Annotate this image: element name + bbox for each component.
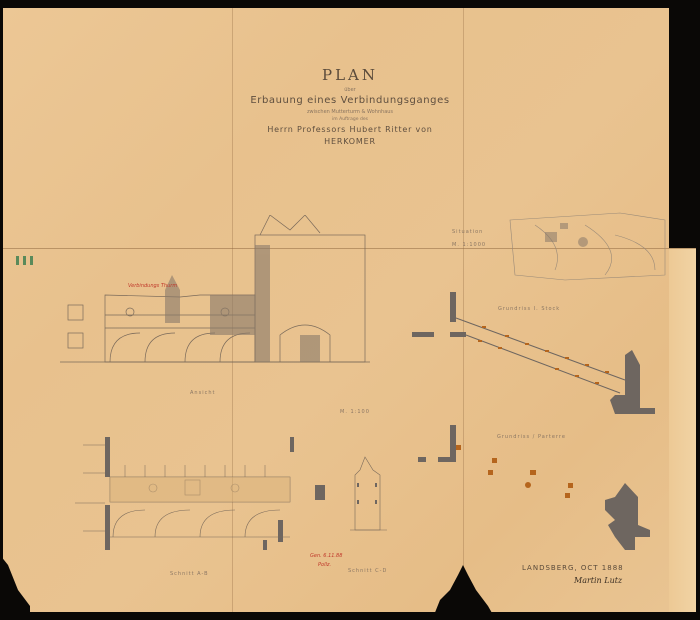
section-ab-label: Schnitt A-B bbox=[170, 571, 209, 577]
ground-plan-lower-drawing bbox=[410, 425, 660, 555]
site-plan-drawing bbox=[505, 205, 670, 285]
title-line: über bbox=[230, 87, 470, 93]
elevation-drawing bbox=[60, 215, 380, 375]
scale-label: M. 1:100 bbox=[340, 409, 370, 415]
elevation-red-note: Verbindungs Thurm bbox=[128, 283, 177, 289]
site-plan-scale: M. 1:1000 bbox=[452, 242, 486, 248]
title-line: im Auftrage des bbox=[230, 117, 470, 122]
architect-signature: Martin Lutz bbox=[574, 576, 622, 585]
approval-note: Gen. 6.11.88 bbox=[310, 553, 342, 559]
approval-note-signature: Pollz. bbox=[318, 562, 331, 568]
section-cd-drawing bbox=[345, 455, 390, 550]
client-name: Herrn Professors Hubert Ritter von bbox=[230, 125, 470, 134]
ground-plan-upper-drawing bbox=[410, 290, 660, 415]
title-line: zwischen Mutterturm & Wohnhaus bbox=[230, 109, 470, 115]
section-ab-drawing bbox=[75, 435, 325, 550]
title-subject: Erbauung eines Verbindungsganges bbox=[230, 95, 470, 106]
site-plan-label: Situation bbox=[452, 229, 483, 235]
plan-title: Plan bbox=[230, 66, 470, 84]
place-date: Landsberg, Oct 1888 bbox=[522, 564, 624, 572]
section-cd-label: Schnitt C-D bbox=[348, 568, 387, 574]
title-block: Plan über Erbauung eines Verbindungsgang… bbox=[230, 66, 470, 146]
elevation-label: Ansicht bbox=[190, 390, 215, 396]
client-surname: Herkomer bbox=[230, 137, 470, 146]
